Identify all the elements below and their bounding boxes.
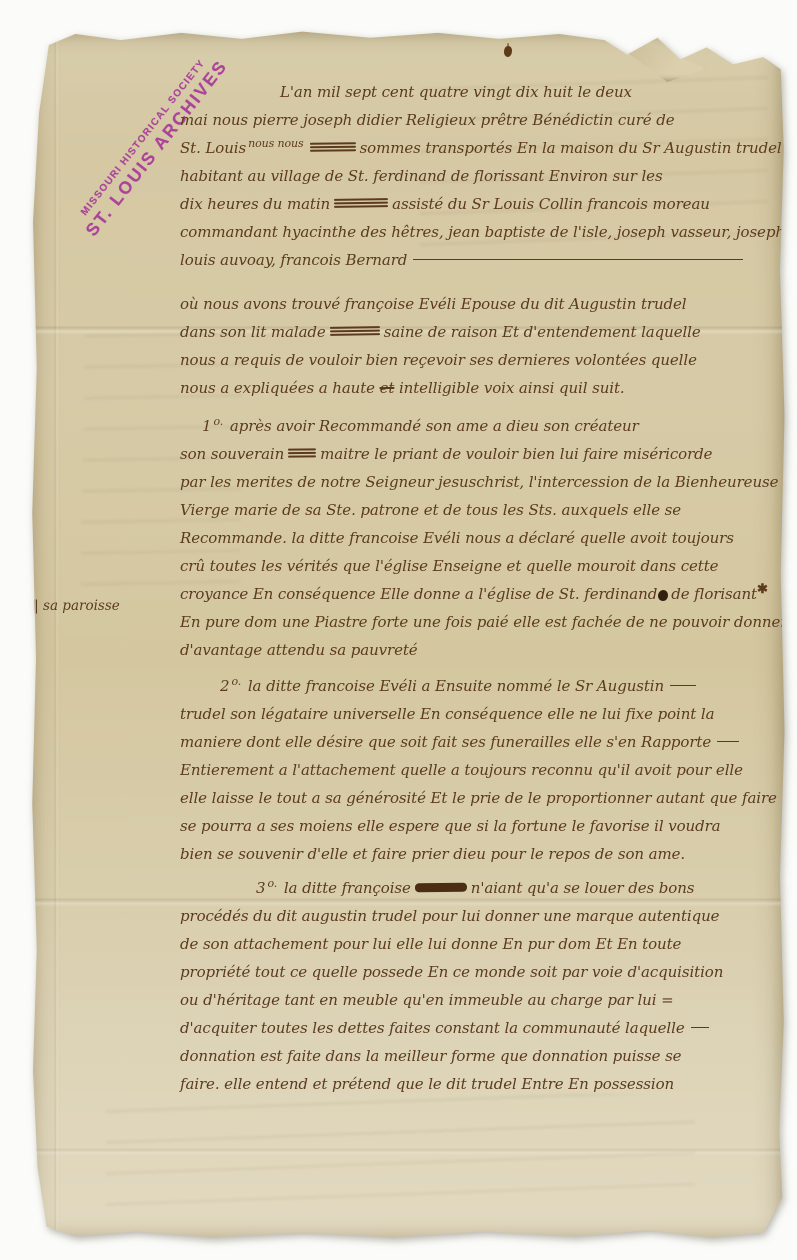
handwritten-text: commandant hyacinthe des hêtres, jean ba… — [180, 223, 797, 241]
handwritten-text: nous a requis de vouloir bien reçevoir s… — [180, 351, 697, 369]
handwritten-text: En pure dom une Piastre forte une fois p… — [180, 613, 787, 631]
photo-backdrop: { "photo": { "backdrop_color": "#fbfbf9"… — [0, 0, 797, 1260]
ink-blot — [658, 590, 668, 601]
handwritten-text: elle laisse le tout a sa générosité Et l… — [180, 789, 777, 807]
manuscript-line: louis auvoay, francois Bernard — [180, 246, 780, 274]
handwritten-text: après avoir Recommandé son ame a dieu so… — [225, 417, 638, 435]
handwritten-text: o. — [231, 675, 241, 688]
handwritten-text: bien se souvenir d'elle et faire prier d… — [180, 845, 685, 863]
handwritten-text: trudel son légataire universelle En cons… — [180, 705, 714, 723]
handwritten-text: Entierement a l'attachement quelle a tou… — [180, 761, 743, 779]
manuscript-line: ou d'héritage tant en meuble qu'en immeu… — [180, 986, 780, 1014]
manuscript-line: procédés du dit augustin trudel pour lui… — [180, 902, 780, 930]
manuscript-line: faire. elle entend et prétend que le dit… — [180, 1070, 780, 1098]
manuscript-line: 1o. après avoir Recommandé son ame a die… — [202, 412, 780, 440]
manuscript-line: 2o. la ditte francoise Evéli a Ensuite n… — [220, 672, 780, 700]
manuscript-line: se pourra a ses moiens elle espere que s… — [180, 812, 780, 840]
handwritten-text: de florisant — [671, 585, 757, 603]
handwritten-text: la ditte francoise Evéli a Ensuite nommé… — [243, 677, 664, 695]
margin-note: ‖ sa paroisse — [32, 598, 120, 614]
manuscript-line: elle laisse le tout a sa générosité Et l… — [180, 784, 780, 812]
scratched-out-word — [415, 882, 467, 892]
manuscript-line: L'an mil sept cent quatre vingt dix huit… — [280, 78, 780, 106]
handwritten-text: faire. elle entend et prétend que le dit… — [180, 1075, 674, 1093]
handwritten-text: dans son lit malade — [180, 323, 326, 341]
manuscript-line: propriété tout ce quelle possede En ce m… — [180, 958, 780, 986]
corner-fold — [608, 28, 706, 82]
manuscript-line: de son attachement pour lui elle lui don… — [180, 930, 780, 958]
manuscript-line: habitant au village de St. ferdinand de … — [180, 162, 780, 190]
handwritten-text: d'avantage attendu sa pauvreté — [180, 641, 418, 659]
manuscript-line: d'acquiter toutes les dettes faites cons… — [180, 1014, 780, 1042]
manuscript-line: maniere dont elle désire que soit fait s… — [180, 728, 780, 756]
ink-blot — [504, 46, 512, 57]
handwritten-text: 1 — [202, 417, 211, 435]
manuscript-line: En pure dom une Piastre forte une fois p… — [180, 608, 780, 636]
manuscript-line: où nous avons trouvé françoise Evéli Epo… — [180, 290, 780, 318]
handwritten-text: croyance En conséquence Elle donne a l'é… — [180, 585, 657, 603]
handwritten-text: son souverain — [180, 445, 284, 463]
handwritten-text: maniere dont elle désire que soit fait s… — [180, 733, 711, 751]
manuscript-line: bien se souvenir d'elle et faire prier d… — [180, 840, 780, 868]
manuscript-page: MISSOURI HISTORICAL SOCIETY ST. LOUIS AR… — [30, 28, 786, 1240]
handwritten-text: se pourra a ses moiens elle espere que s… — [180, 817, 721, 835]
ink-rule — [413, 259, 743, 260]
manuscript-line: dix heures du matinassisté du Sr Louis C… — [180, 190, 780, 218]
manuscript-line: nous a expliquées a haute et intelligibl… — [180, 374, 780, 402]
handwritten-text: habitant au village de St. ferdinand de … — [180, 167, 663, 185]
manuscript-line: St. Louisnous noussommes transportés En … — [180, 134, 780, 162]
scratched-out-word — [288, 452, 316, 455]
manuscript-photo: MISSOURI HISTORICAL SOCIETY ST. LOUIS AR… — [30, 28, 786, 1240]
handwritten-text: d'acquiter toutes les dettes faites cons… — [180, 1019, 685, 1037]
handwritten-text: Recommande. la ditte francoise Evéli nou… — [180, 529, 734, 547]
handwritten-text: 2 — [220, 677, 229, 695]
ink-rule — [717, 741, 739, 742]
footnote-mark: ✱ — [757, 582, 768, 597]
handwritten-text: 3 — [256, 879, 265, 897]
manuscript-line: nous a requis de vouloir bien reçevoir s… — [180, 346, 780, 374]
handwritten-text: St. Louis — [180, 139, 246, 157]
scratched-out-word — [334, 202, 388, 205]
scratched-out-word — [330, 330, 380, 333]
handwritten-text: L'an mil sept cent quatre vingt dix huit… — [280, 83, 632, 101]
manuscript-line: d'avantage attendu sa pauvreté — [180, 636, 780, 664]
manuscript-line: donnation est faite dans la meilleur for… — [180, 1042, 780, 1070]
manuscript-line: mai nous pierre joseph didier Religieux … — [180, 106, 780, 134]
handwritten-text: saine de raison Et d'entendement laquell… — [384, 323, 701, 341]
manuscript-line: croyance En conséquence Elle donne a l'é… — [180, 580, 780, 608]
manuscript-text: L'an mil sept cent quatre vingt dix huit… — [180, 78, 780, 1098]
bleed-through-texture — [106, 1094, 696, 1206]
handwritten-text: louis auvoay, francois Bernard — [180, 251, 407, 269]
scratched-out-word — [310, 146, 356, 149]
handwritten-text: par les merites de notre Seigneur jesusc… — [180, 473, 778, 491]
handwritten-text: intelligible voix ainsi quil suit. — [394, 379, 624, 397]
handwritten-text: nous nous — [248, 137, 303, 150]
handwritten-text: où nous avons trouvé françoise Evéli Epo… — [180, 295, 686, 313]
handwritten-text: maitre le priant de vouloir bien lui fai… — [320, 445, 712, 463]
ink-rule — [691, 1027, 709, 1028]
handwritten-text: procédés du dit augustin trudel pour lui… — [180, 907, 719, 925]
handwritten-text: donnation est faite dans la meilleur for… — [180, 1047, 681, 1065]
handwritten-text: propriété tout ce quelle possede En ce m… — [180, 963, 723, 981]
handwritten-text: n'aiant qu'a se louer des bons — [471, 879, 695, 897]
manuscript-line: Entierement a l'attachement quelle a tou… — [180, 756, 780, 784]
manuscript-line: dans son lit maladesaine de raison Et d'… — [180, 318, 780, 346]
handwritten-text: et — [380, 379, 395, 397]
manuscript-line: 3o. la ditte françoisen'aiant qu'a se lo… — [256, 874, 780, 902]
handwritten-text: Vierge marie de sa Ste. patrone et de to… — [180, 501, 681, 519]
handwritten-text: la ditte françoise — [279, 879, 411, 897]
ink-rule — [670, 685, 696, 686]
manuscript-line: Vierge marie de sa Ste. patrone et de to… — [180, 496, 780, 524]
handwritten-text: ou d'héritage tant en meuble qu'en immeu… — [180, 991, 674, 1009]
handwritten-text: o. — [267, 877, 277, 890]
handwritten-text: dix heures du matin — [180, 195, 330, 213]
manuscript-line: commandant hyacinthe des hêtres, jean ba… — [180, 218, 780, 246]
handwritten-text: o. — [213, 415, 223, 428]
handwritten-text: sommes transportés En la maison du Sr Au… — [360, 139, 782, 157]
handwritten-text: assisté du Sr Louis Collin francois more… — [392, 195, 710, 213]
handwritten-text: de son attachement pour lui elle lui don… — [180, 935, 681, 953]
handwritten-text: crû toutes les vérités que l'église Ense… — [180, 557, 718, 575]
manuscript-line: trudel son légataire universelle En cons… — [180, 700, 780, 728]
manuscript-line: crû toutes les vérités que l'église Ense… — [180, 552, 780, 580]
handwritten-text: nous a expliquées a haute — [180, 379, 380, 397]
manuscript-line: par les merites de notre Seigneur jesusc… — [180, 468, 780, 496]
handwritten-text: mai nous pierre joseph didier Religieux … — [180, 111, 675, 129]
manuscript-line: Recommande. la ditte francoise Evéli nou… — [180, 524, 780, 552]
manuscript-line: son souverainmaitre le priant de vouloir… — [180, 440, 780, 468]
